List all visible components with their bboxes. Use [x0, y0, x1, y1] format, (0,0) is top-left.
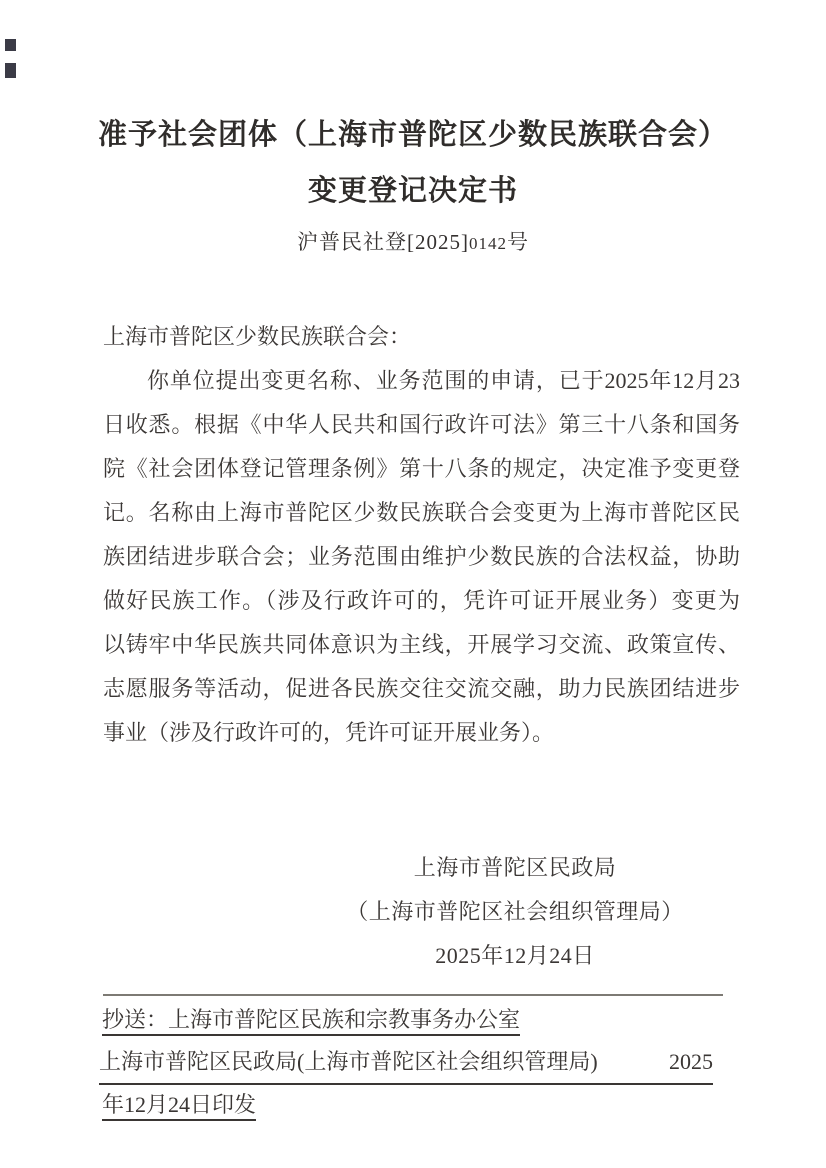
document-title-line1: 准予社会团体（上海市普陀区少数民族联合会） — [0, 117, 826, 153]
body-line: 以铸牢中华民族共同体意识为主线，开展学习交流、政策宣传、 — [103, 623, 740, 667]
signature-block: 上海市普陀区民政局 （上海市普陀区社会组织管理局） 2025年12月24日 — [285, 846, 745, 978]
document-number-prefix: 沪普民社登[2025] — [297, 230, 469, 254]
footer-printdate-line: 年12月24日印发 — [102, 1086, 256, 1124]
scan-artifact-mark — [5, 63, 16, 78]
footer-cc-line: 抄送：上海市普陀区民族和宗教事务办公室 — [102, 1001, 520, 1039]
body-line: 院《社会团体登记管理条例》第十八条的规定，决定准予变更登 — [103, 447, 740, 491]
document-number-suffix: 号 — [507, 230, 529, 254]
document-body: 上海市普陀区少数民族联合会： 你单位提出变更名称、业务范围的申请，已于2025年… — [103, 315, 740, 755]
signature-org-alt: （上海市普陀区社会组织管理局） — [285, 890, 745, 934]
footer-separator-rule — [103, 994, 723, 996]
body-line: 你单位提出变更名称、业务范围的申请，已于2025年12月23 — [103, 359, 740, 403]
body-line-last: 事业（涉及行政许可的，凭许可证开展业务）。 — [103, 711, 740, 755]
body-line: 做好民族工作。（涉及行政许可的，凭许可证开展业务）变更为 — [103, 579, 740, 623]
signature-org: 上海市普陀区民政局 — [285, 846, 745, 890]
body-line: 族团结进步联合会；业务范围由维护少数民族的合法权益，协助 — [103, 535, 740, 579]
body-line: 记。名称由上海市普陀区少数民族联合会变更为上海市普陀区民 — [103, 491, 740, 535]
document-number: 沪普民社登[2025]0142号 — [0, 229, 826, 257]
footer-issuer-text: 上海市普陀区民政局(上海市普陀区社会组织管理局) — [99, 1043, 598, 1081]
footer-printdate-text: 年12月24日印发 — [102, 1092, 256, 1121]
footer-cc-text: 抄送：上海市普陀区民族和宗教事务办公室 — [102, 1007, 520, 1036]
body-line: 志愿服务等活动，促进各民族交往交流交融，助力民族团结进步 — [103, 667, 740, 711]
document-number-serial: 0142 — [469, 234, 507, 253]
signature-date: 2025年12月24日 — [285, 934, 745, 978]
document-page: 准予社会团体（上海市普陀区少数民族联合会） 变更登记决定书 沪普民社登[2025… — [0, 0, 826, 1168]
footer-issue-year: 2025 — [669, 1043, 713, 1081]
document-title-line2: 变更登记决定书 — [0, 173, 826, 209]
recipient-line: 上海市普陀区少数民族联合会： — [103, 315, 740, 359]
scan-artifact-mark — [5, 39, 16, 51]
body-line: 日收悉。根据《中华人民共和国行政许可法》第三十八条和国务 — [103, 403, 740, 447]
footer-issuer-line: 上海市普陀区民政局(上海市普陀区社会组织管理局) 2025 — [99, 1043, 713, 1085]
